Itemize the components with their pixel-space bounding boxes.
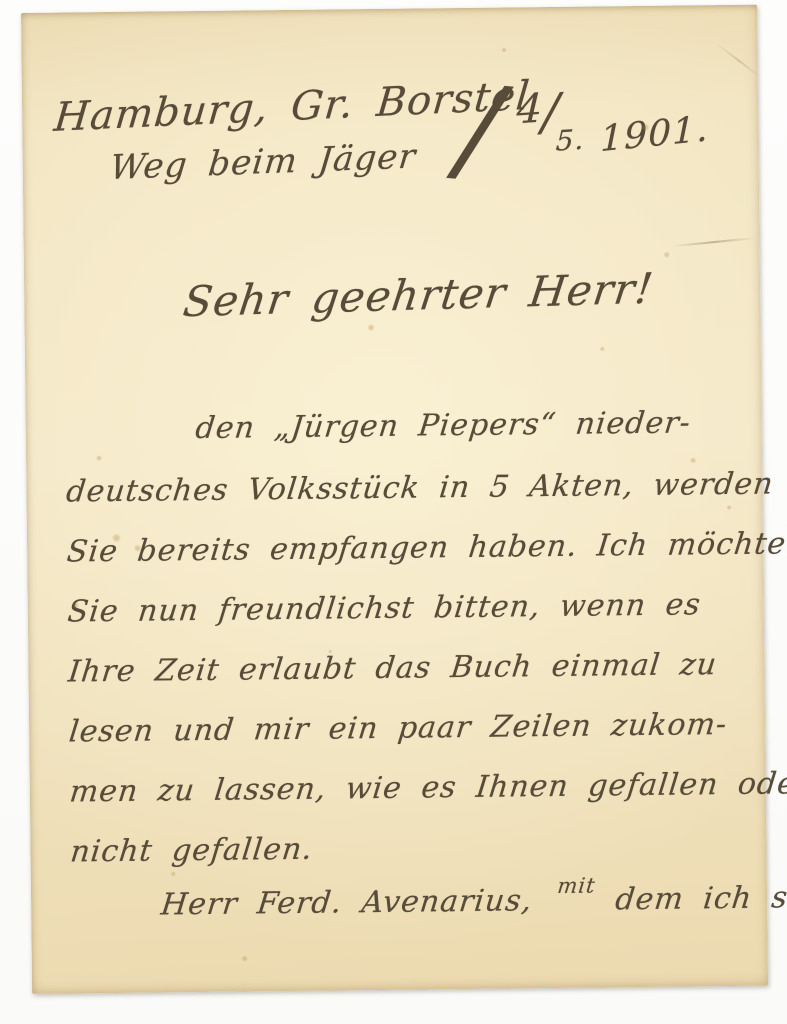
- inserted-word-above-line: mit: [556, 874, 597, 898]
- body-line: lesen und mir ein paar Zeilen zukom-: [67, 707, 729, 750]
- foxing-spot: [690, 457, 696, 463]
- foxing-spot: [501, 47, 506, 52]
- foxing-spot: [73, 602, 79, 608]
- date-year: 1901.: [600, 109, 709, 160]
- foxing-spot: [664, 252, 670, 258]
- letter-scan: Hamburg, Gr. Borstel Weg beim Jäger / 4 …: [0, 0, 787, 1024]
- foxing-spot: [171, 871, 176, 876]
- foxing-spot: [134, 545, 141, 552]
- salutation: Sehr geehrter Herr!: [181, 264, 657, 327]
- body-line: nicht gefallen.: [69, 832, 315, 870]
- foxing-spot: [600, 346, 605, 351]
- date-month: 5.: [555, 123, 585, 158]
- foxing-spot: [96, 455, 102, 461]
- body-line: den „Jürgen Piepers“ nieder-: [194, 405, 693, 446]
- letter-paper: Hamburg, Gr. Borstel Weg beim Jäger / 4 …: [21, 5, 768, 994]
- foxing-spot: [368, 324, 375, 331]
- foxing-spot: [642, 124, 649, 131]
- date-day: 4: [516, 86, 544, 134]
- date: 4 / 5.: [515, 83, 587, 160]
- footer-line-prefix: Herr Ferd. Avenarius,: [159, 883, 534, 922]
- foxing-spot: [328, 650, 332, 654]
- body-line: Sie bereits empfangen haben. Ich möchte: [65, 526, 787, 569]
- body-line: Sie nun freundlichst bitten, wenn es: [66, 587, 703, 629]
- footer-line-rest: dem ich schon: [614, 879, 787, 917]
- foxing-spot: [112, 534, 121, 542]
- crease-mark: [672, 237, 756, 247]
- foxing-spot: [727, 505, 732, 510]
- body-line: men zu lassen, wie es Ihnen gefallen ode…: [68, 766, 787, 809]
- foxing-spot: [242, 955, 248, 961]
- address-line-2: Weg beim Jäger: [108, 137, 418, 188]
- body-line: deutsches Volksstück in 5 Akten, werden: [64, 466, 775, 509]
- crease-mark: [717, 43, 762, 78]
- footer-line: Herr Ferd. Avenarius, mit dem ich schon: [159, 879, 787, 922]
- body-line: Ihre Zeit erlaubt das Buch einmal zu: [67, 647, 719, 689]
